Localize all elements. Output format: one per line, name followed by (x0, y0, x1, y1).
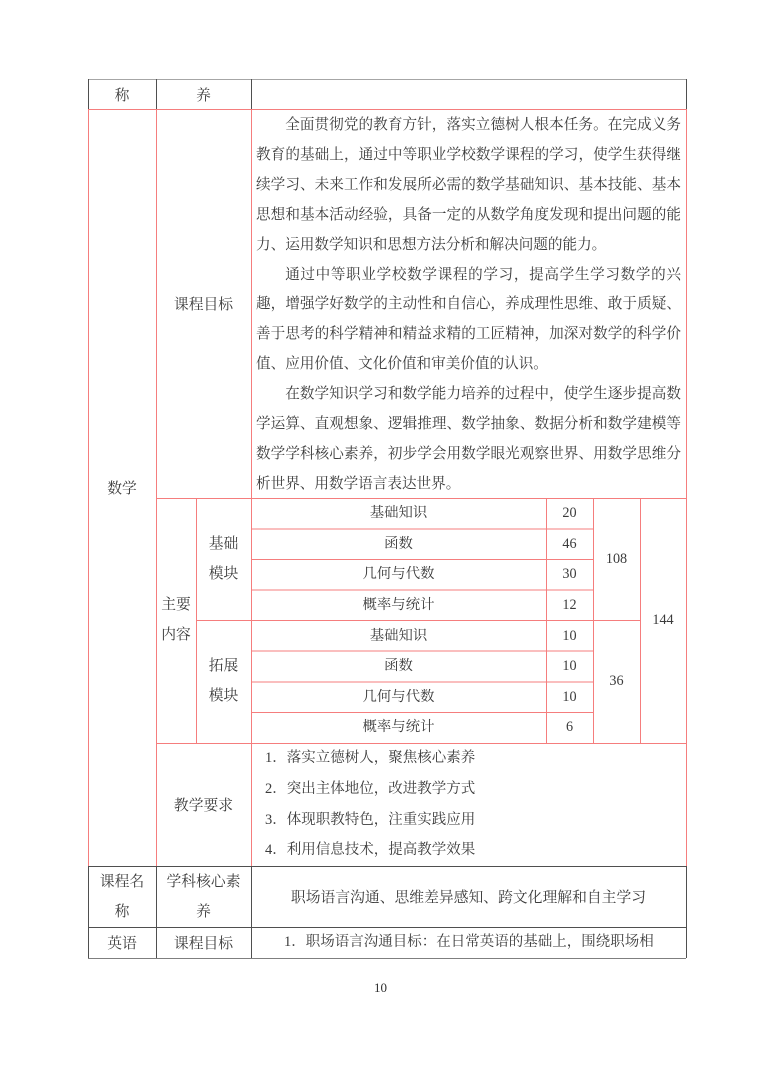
main-content-label: 主要 内容 (156, 589, 196, 651)
math-objectives-text: 全面贯彻党的教育方针，落实立德树人根本任务。在完成义务教育的基础上，通过中等职业… (256, 111, 681, 496)
topic-cell: 概率与统计 (251, 712, 546, 743)
hours-cell: 12 (546, 590, 593, 621)
math-objectives-paragraph-3: 在数学知识学习和数学能力培养的过程中，使学生逐步提高数学运算、直观想象、逻辑推理… (256, 380, 681, 500)
subtotal-basic-cell: 108 (593, 498, 640, 621)
module-name-basic-line2: 模块 (209, 559, 239, 589)
total-hours-cell: 144 (640, 498, 686, 743)
subtotal-extended-cell: 36 (593, 621, 640, 744)
course-name-label-line1: 课程名 (100, 867, 144, 897)
module-name-basic-line1: 基础 (209, 529, 239, 559)
main-content-label-line1: 主要 (161, 590, 191, 620)
english-objectives-text: 1．职场语言沟通目标：在日常英语的基础上，围绕职场相 (255, 927, 683, 958)
topic-cell: 基础知识 (251, 621, 546, 652)
carryover-cell-name: 称 (88, 79, 156, 109)
topic-cell: 几何与代数 (251, 682, 546, 713)
main-content-label-line2: 内容 (161, 620, 191, 650)
requirement-item: 4．利用信息技术，提高教学效果 (265, 835, 680, 866)
hours-cell: 20 (546, 498, 593, 529)
math-objectives-label: 课程目标 (156, 109, 251, 498)
hours-cell: 46 (546, 529, 593, 560)
requirement-item: 2．突出主体地位，改进教学方式 (265, 774, 680, 805)
hours-cell: 30 (546, 559, 593, 590)
competency-label: 学科核心素 养 (156, 866, 251, 927)
topic-cell: 函数 (251, 651, 546, 682)
hours-cell: 10 (546, 651, 593, 682)
math-objectives-paragraph-2: 通过中等职业学校数学课程的学习，提高学生学习数学的兴趣，增强学好数学的主动性和自… (256, 261, 681, 381)
competency-list: 职场语言沟通、思维差异感知、跨文化理解和自主学习 (251, 866, 686, 927)
module-name-basic: 基础 模块 (196, 528, 251, 590)
requirement-item: 1．落实立德树人，聚焦核心素养 (265, 743, 680, 774)
topic-cell: 概率与统计 (251, 590, 546, 621)
course-name-label-line2: 称 (115, 897, 130, 927)
topic-cell: 函数 (251, 529, 546, 560)
teaching-requirements-label: 教学要求 (156, 743, 251, 866)
english-objectives-label: 课程目标 (156, 927, 251, 958)
topic-cell: 几何与代数 (251, 559, 546, 590)
competency-label-line2: 养 (196, 897, 211, 927)
teaching-requirements-list: 1．落实立德树人，聚焦核心素养 2．突出主体地位，改进教学方式 3．体现职教特色… (265, 743, 680, 866)
course-name-label: 课程名 称 (88, 866, 156, 927)
document-page: 称 养 数学 课程目标 全面贯彻党的教育方针，落实立德树人根本任务。在完成义务教… (0, 0, 761, 1075)
math-objectives-paragraph-1: 全面贯彻党的教育方针，落实立德树人根本任务。在完成义务教育的基础上，通过中等职业… (256, 111, 681, 261)
topic-cell: 基础知识 (251, 498, 546, 529)
subject-math-label: 数学 (88, 109, 156, 866)
requirement-item: 3．体现职教特色，注重实践应用 (265, 805, 680, 836)
hours-cell: 6 (546, 712, 593, 743)
module-name-extended-line2: 模块 (209, 681, 239, 711)
carryover-cell-competency: 养 (156, 79, 251, 109)
module-name-extended-line1: 拓展 (209, 651, 239, 681)
hours-cell: 10 (546, 682, 593, 713)
module-name-extended: 拓展 模块 (196, 650, 251, 712)
subject-english-label: 英语 (88, 927, 156, 958)
competency-label-line1: 学科核心素 (167, 867, 241, 897)
hours-cell: 10 (546, 621, 593, 652)
page-number: 10 (0, 980, 761, 996)
